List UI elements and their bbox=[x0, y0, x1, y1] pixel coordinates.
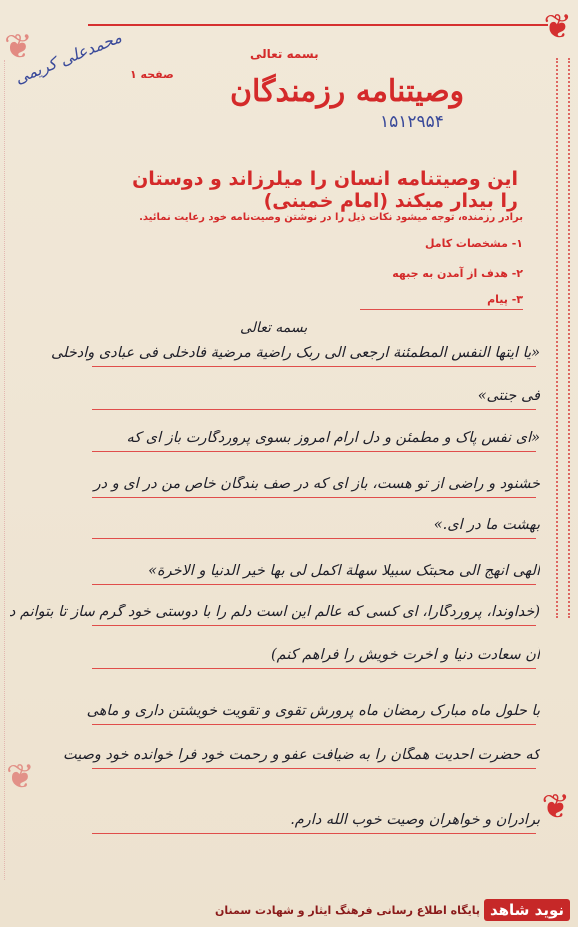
handwritten-line: «یا ایتها النفس المطمئنة ارجعی الی ربک ر… bbox=[10, 345, 540, 361]
handwritten-line: (خداوندا، پروردگارا، ای کسی که عالم این … bbox=[10, 604, 540, 620]
border-top-rule bbox=[88, 24, 548, 26]
handwritten-line: فی جنتی» bbox=[10, 388, 540, 404]
rule-line bbox=[92, 451, 536, 452]
rule-line bbox=[92, 768, 536, 769]
border-right-ornament bbox=[556, 58, 570, 618]
handwritten-line: بهشت ما در آی.» bbox=[10, 517, 540, 533]
field-3: ۳- پیام bbox=[487, 293, 523, 306]
corner-ornament-icon: ❦ bbox=[6, 760, 35, 794]
rule-line bbox=[360, 309, 523, 310]
handwritten-line: که حضرت احدیت همگان را به ضیافت عفو و رح… bbox=[10, 747, 540, 763]
instruction-text: برادر رزمنده، توجه میشود نکات ذیل را در … bbox=[110, 212, 523, 223]
corner-ornament-icon: ❦ bbox=[542, 790, 571, 824]
watermark-logo: نوید شاهد پایگاه اطلاع رسانی فرهنگ ایثار… bbox=[215, 899, 570, 921]
rule-line bbox=[92, 497, 536, 498]
invocation-top: بسمه تعالی bbox=[250, 47, 319, 61]
document-subtitle: این وصیتنامه انسان را میلرزاند و دوستان … bbox=[110, 168, 518, 212]
page-label: صفحه ۱ bbox=[130, 68, 174, 81]
rule-line bbox=[92, 584, 536, 585]
corner-ornament-icon: ❦ bbox=[544, 10, 573, 44]
document-title: وصیتنامه رزمندگان bbox=[230, 74, 464, 109]
handwritten-line: برادران و خواهران وصیت خوب الله دارم. bbox=[10, 812, 540, 828]
rule-line bbox=[92, 724, 536, 725]
rule-line bbox=[92, 538, 536, 539]
field-1: ۱- مشخصات کامل bbox=[425, 237, 523, 250]
handwritten-line: «ای نفس پاک و مطمئن و دل آرام امروز بسوی… bbox=[10, 430, 540, 446]
rule-line bbox=[92, 668, 536, 669]
rule-line bbox=[92, 409, 536, 410]
handwritten-line: آن سعادت دنیا و آخرت خویش را فراهم کنم) bbox=[10, 647, 540, 663]
body-invocation: بسمه تعالی bbox=[240, 320, 307, 336]
corner-ornament-icon: ❦ bbox=[4, 30, 33, 64]
document-page: ❦ ❦ ❦ ❦ بسمه تعالی وصیتنامه رزمندگان صفح… bbox=[0, 0, 578, 927]
field-2: ۲- هدف از آمدن به جبهه bbox=[392, 267, 523, 280]
handwritten-line: الهی انهج الی محبتک سبیلا سهلة اکمل لی ب… bbox=[10, 563, 540, 579]
handwritten-line: خشنود و راضی از تو هست، باز آی که در صف … bbox=[10, 476, 540, 492]
rule-line bbox=[92, 833, 536, 834]
rule-line bbox=[92, 625, 536, 626]
watermark-caption: پایگاه اطلاع رسانی فرهنگ ایثار و شهادت س… bbox=[215, 904, 480, 917]
watermark-brand: نوید شاهد bbox=[484, 899, 570, 921]
rule-line bbox=[92, 366, 536, 367]
handwritten-line: با حلول ماه مبارک رمضان ماه پرورش تقوی و… bbox=[10, 703, 540, 719]
record-number: ۱۵۱۲۹۵۴ bbox=[380, 112, 444, 132]
